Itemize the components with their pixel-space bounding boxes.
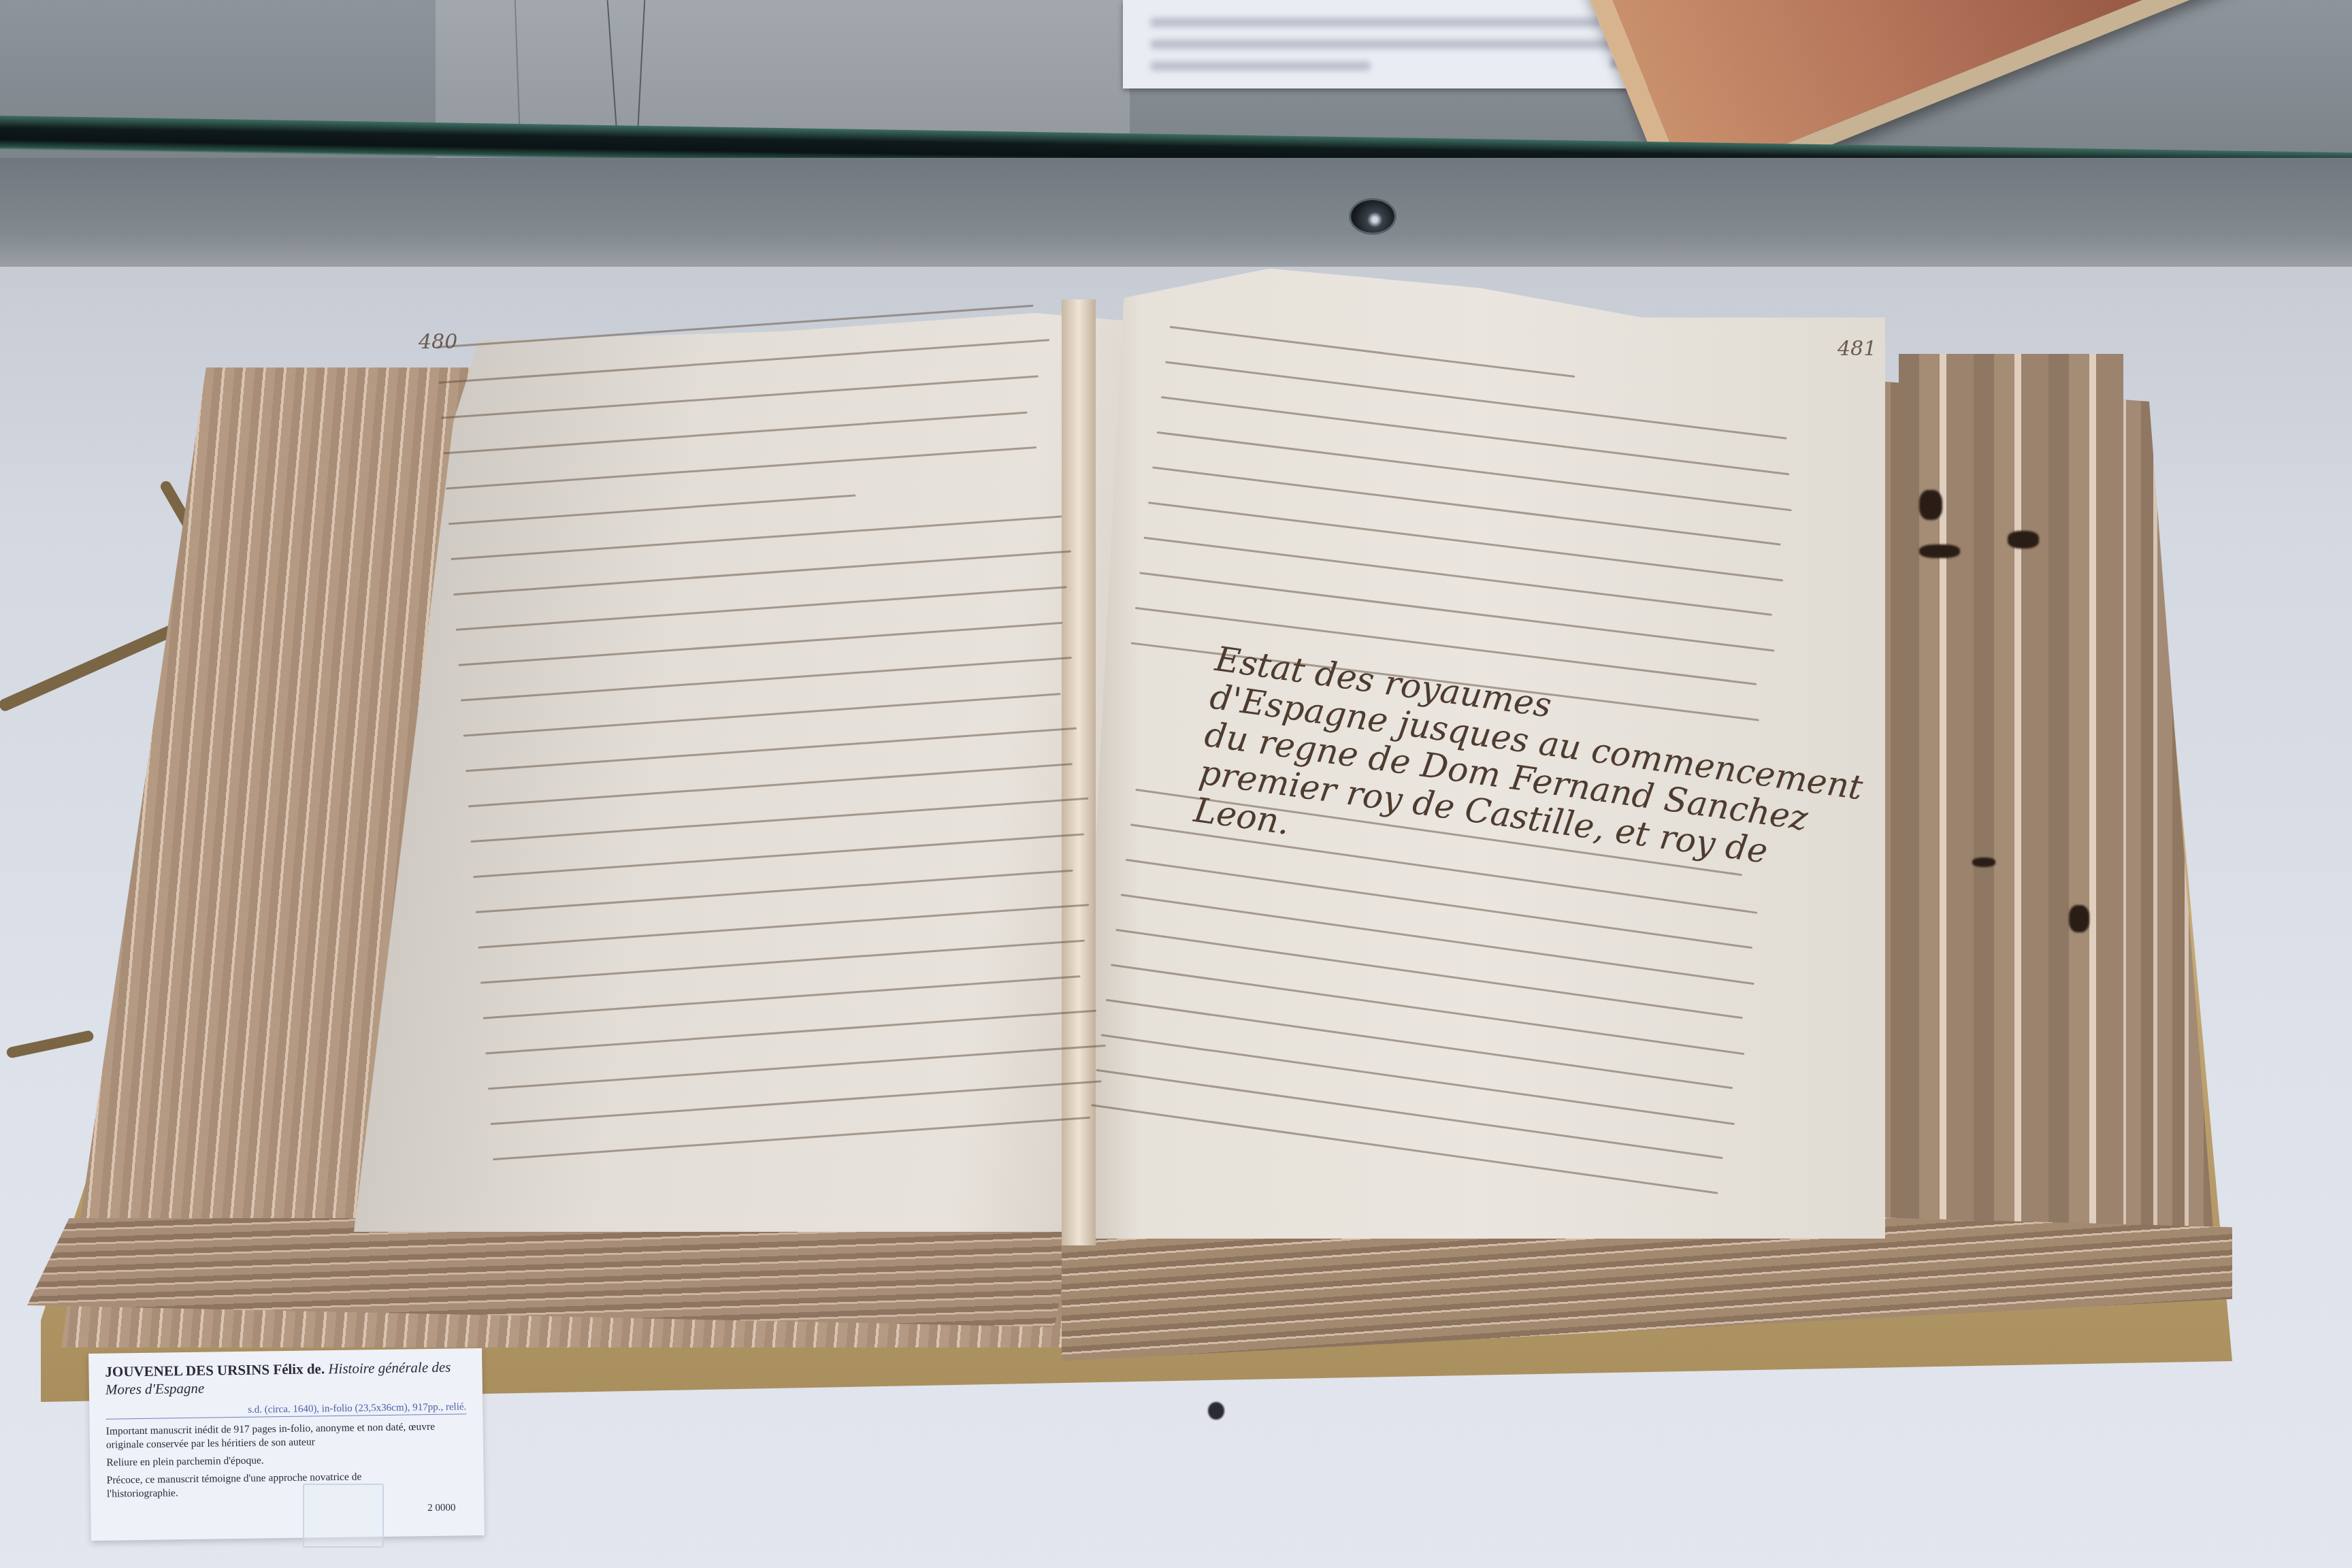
right-fore-edge xyxy=(1899,354,2123,1293)
card-price: 2 0000 xyxy=(427,1503,455,1515)
card-work-title-cont: Mores d'Espagne xyxy=(105,1380,205,1398)
right-page-number: 481 xyxy=(1837,337,1876,361)
left-page-handwriting xyxy=(436,297,1113,1188)
card-author: JOUVENEL DES URSINS Félix de. xyxy=(105,1360,325,1380)
leather-tie-left-lower xyxy=(5,1030,94,1059)
card-bibliographic-meta: s.d. (circa. 1640), in-folio (23,5x36cm)… xyxy=(105,1401,466,1419)
card-work-title: Histoire générale des xyxy=(328,1359,451,1377)
card-title: JOUVENEL DES URSINS Félix de. Histoire g… xyxy=(105,1358,466,1398)
card-description: Important manuscrit inédit de 917 pages … xyxy=(106,1420,468,1452)
debris-speck xyxy=(1208,1402,1224,1420)
exhibition-label-card: JOUVENEL DES URSINS Félix de. Histoire g… xyxy=(88,1348,485,1541)
open-manuscript: 480 481 xyxy=(0,0,2352,1568)
acrylic-card-holder xyxy=(303,1484,384,1548)
card-binding: Reliure en plein parchemin d'époque. xyxy=(106,1451,467,1469)
